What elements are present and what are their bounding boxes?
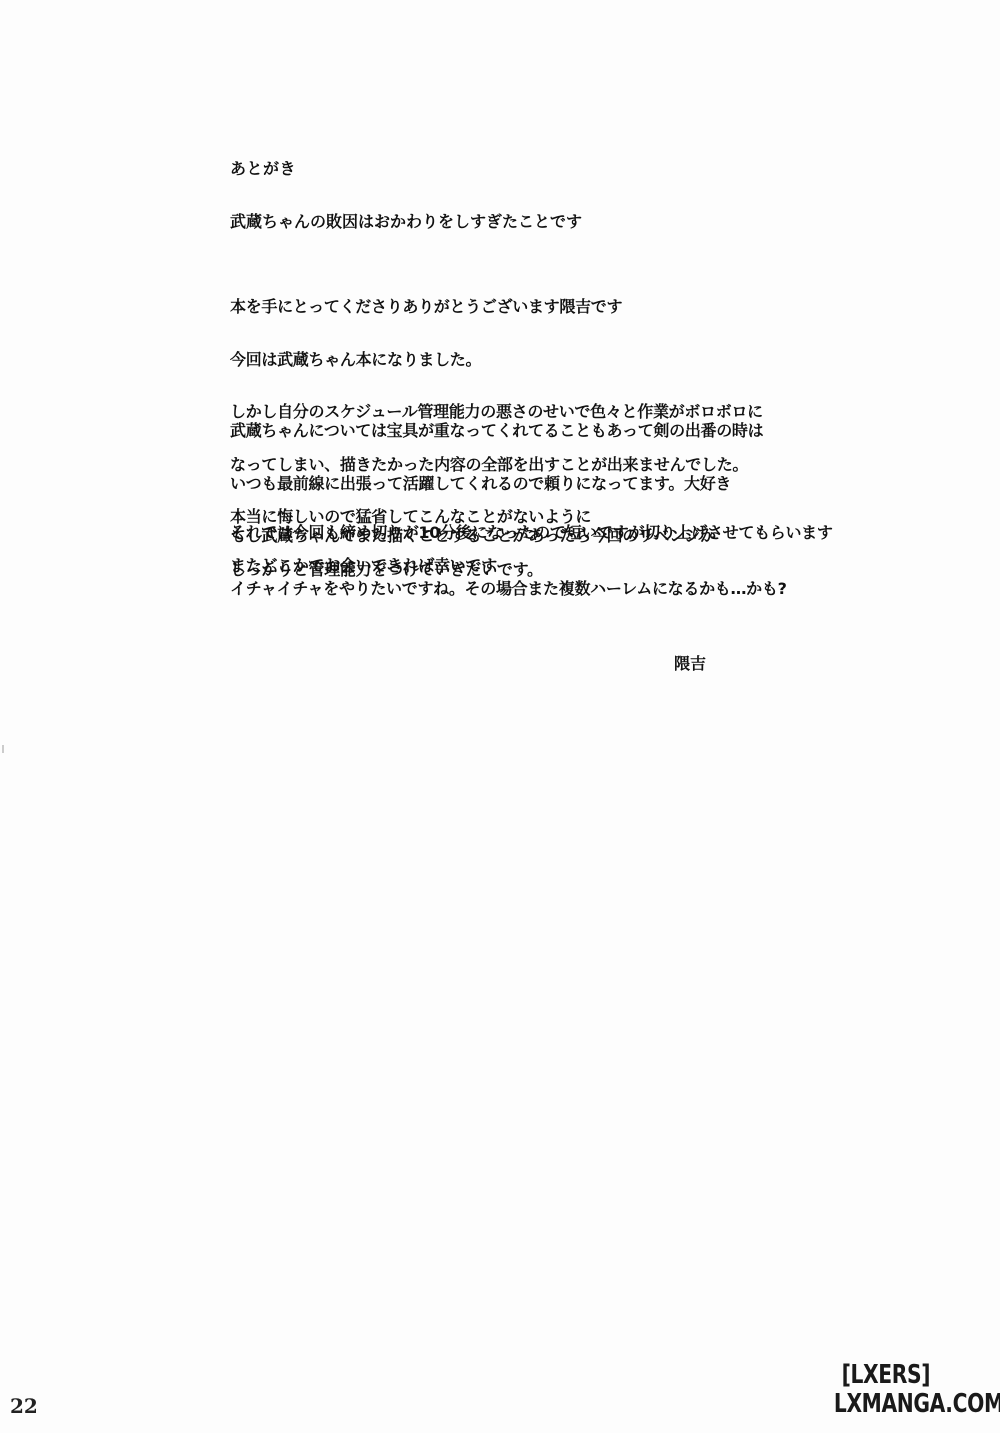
page-number: 22 xyxy=(10,1394,38,1418)
scan-margin-mark xyxy=(2,745,4,753)
paragraph-farewell: またどこかでお会いできれば幸いです xyxy=(230,511,497,621)
text-line: 本を手にとってくださりありがとうございます隈吉です xyxy=(230,298,763,316)
watermark-group-name: [LXERS] xyxy=(808,1361,964,1389)
manga-afterword-page: あとがき 武蔵ちゃんの敗因はおかわりをしすぎたことです 本を手にとってくださりあ… xyxy=(0,0,1000,1433)
text-line: またどこかでお会いできれば幸いです xyxy=(230,555,497,577)
afterword-heading: あとがき xyxy=(230,158,296,180)
text-line: 武蔵ちゃんについては宝具が重なってくれてることもあって剣の出番の時は xyxy=(230,422,787,440)
site-watermark: [LXERS] LXMANGA.COM xyxy=(786,1361,986,1419)
author-signature: 隈吉 xyxy=(674,653,706,675)
afterword-subtitle: 武蔵ちゃんの敗因はおかわりをしすぎたことです xyxy=(230,211,582,233)
text-line: 今回は武蔵ちゃん本になりました。 xyxy=(230,351,763,369)
watermark-site-name: LXMANGA.COM xyxy=(834,1389,1000,1419)
